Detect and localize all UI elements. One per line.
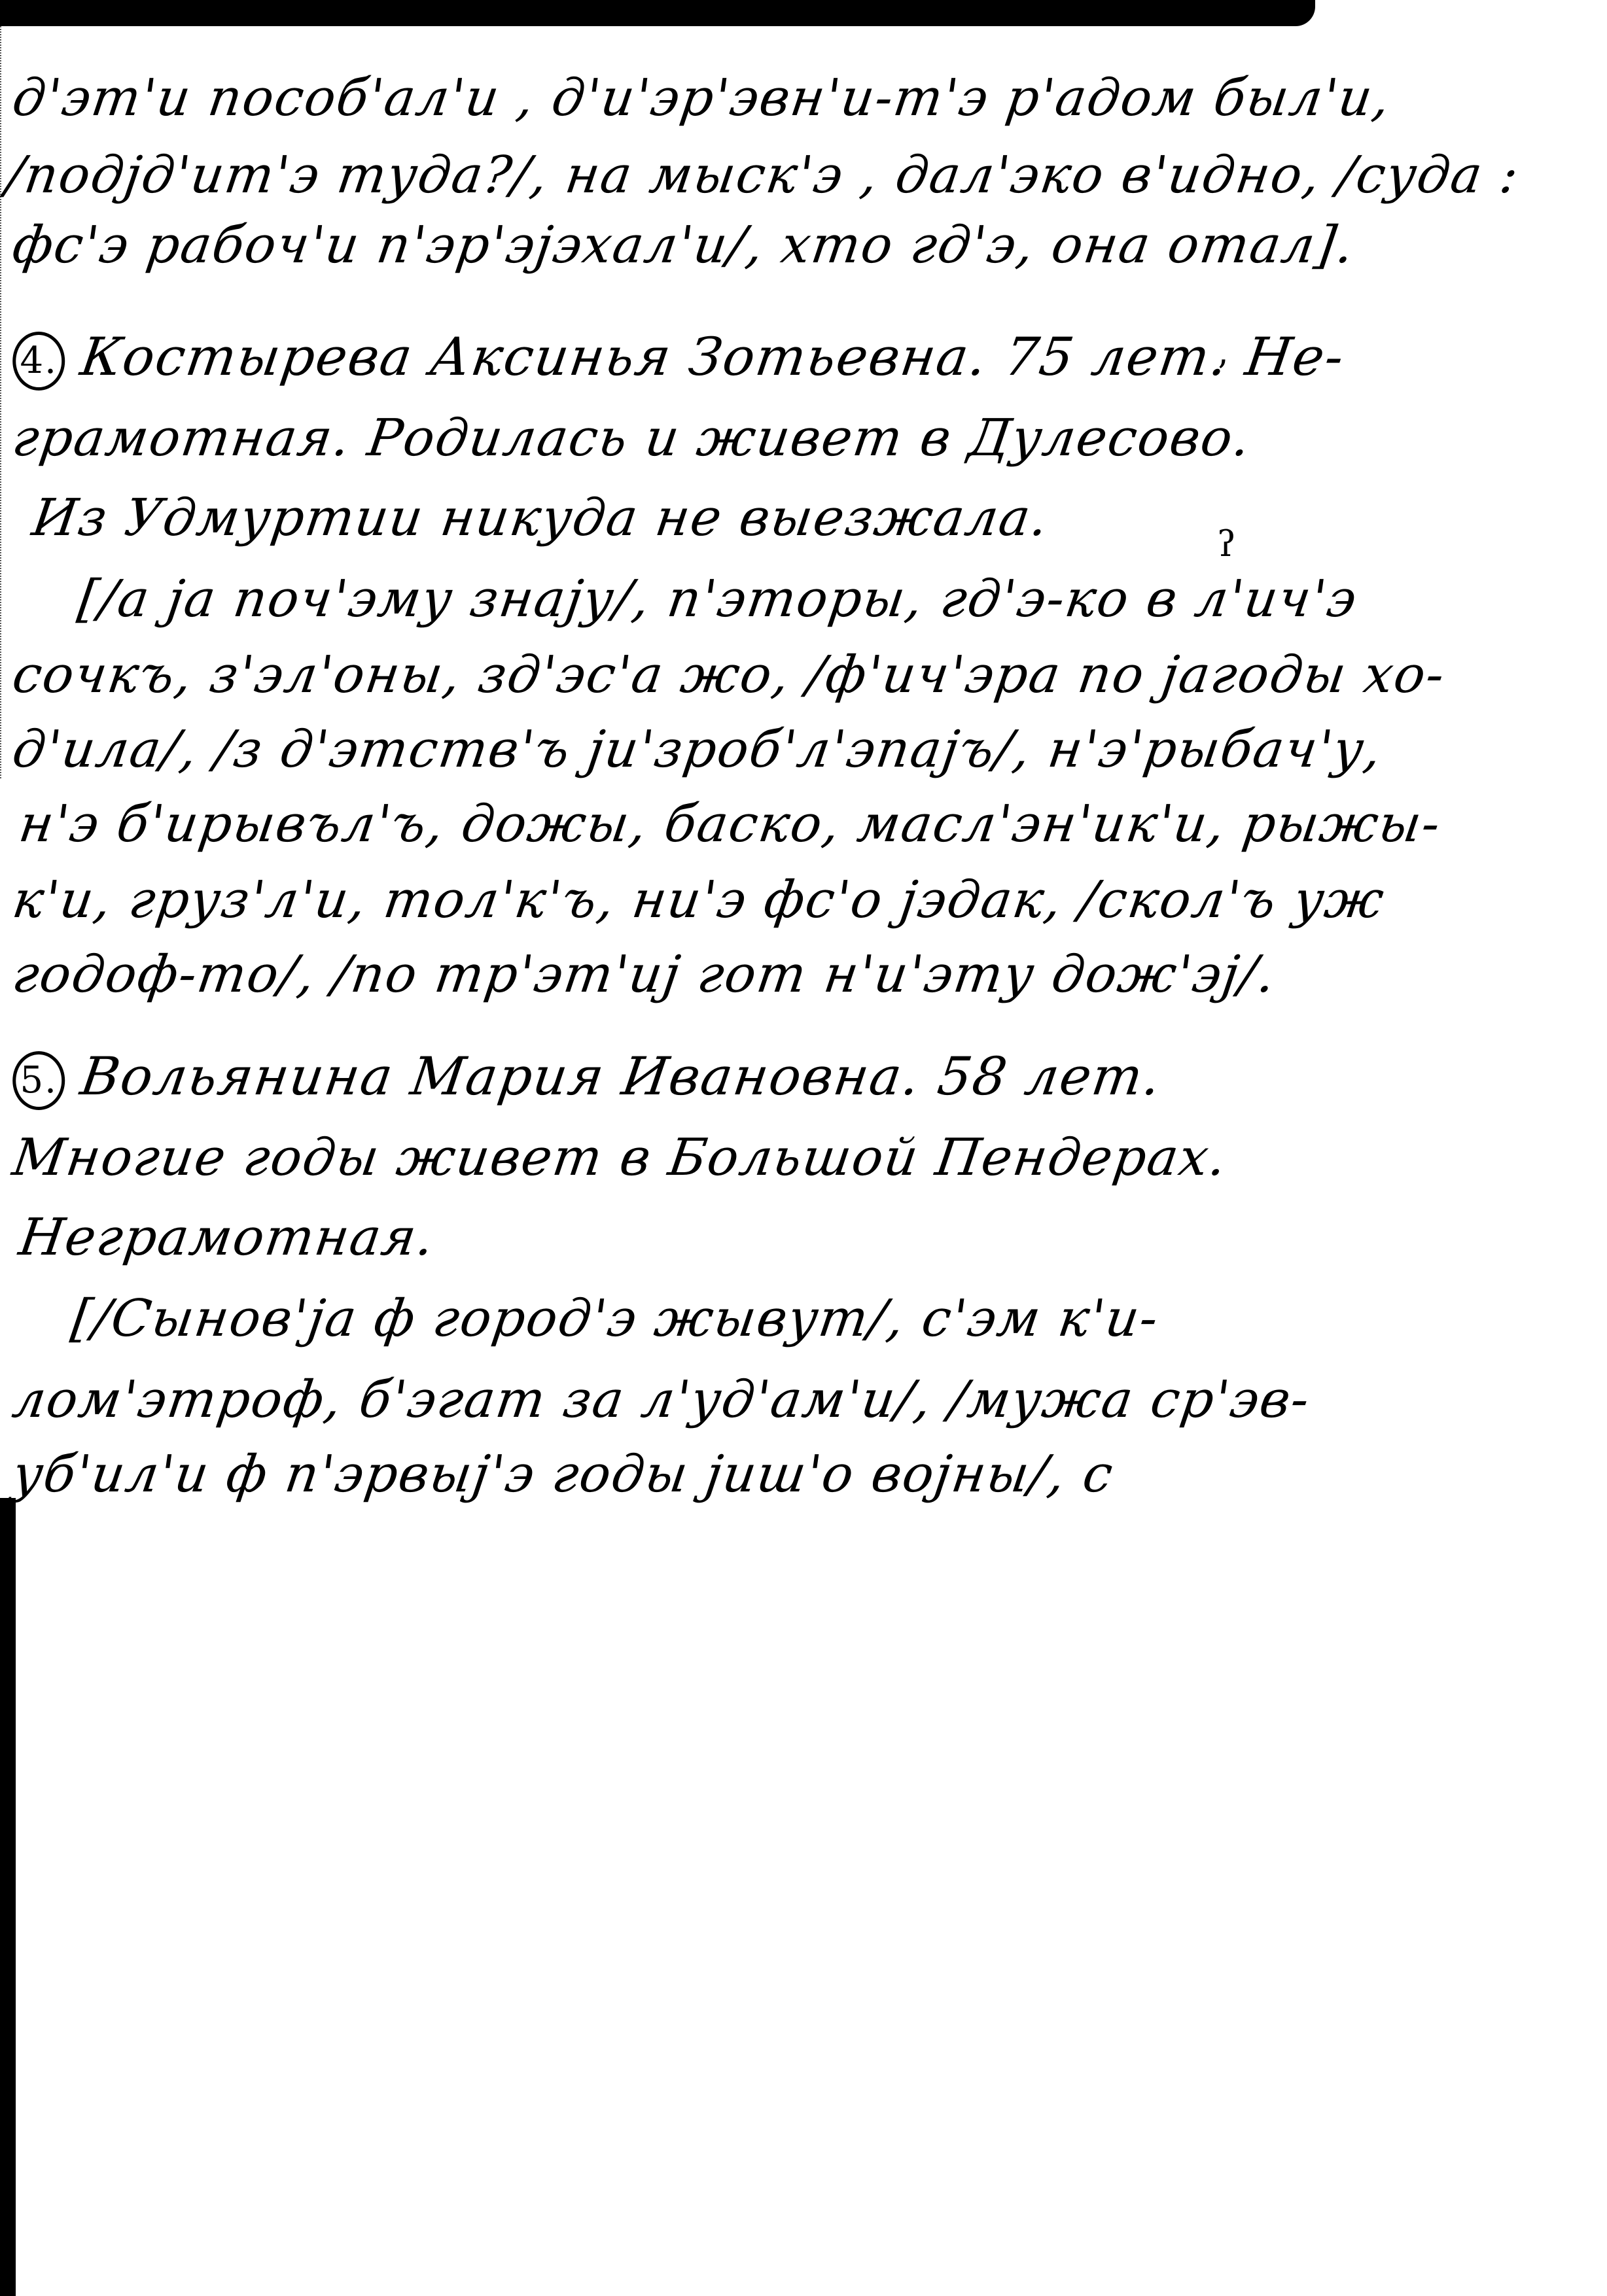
entry-number-badge: 5.: [12, 1051, 65, 1110]
entry-number-badge: 4.: [12, 332, 65, 391]
speech-line: уб'ил'и ф п'эрвыj'э годы jиш'о воjны/, с: [9, 1442, 1118, 1507]
text-line: Многие годы живет в Большой Пендерах.: [9, 1125, 1231, 1191]
margin-mark: ʔ: [1217, 523, 1236, 565]
speech-line: н'э б'ирывъл'ъ, дожы, баско, масл'эн'ик'…: [15, 791, 1445, 857]
manuscript-page: д'эт'и пособ'ал'и , д'и'эр'эвн'и-т'э р'а…: [0, 0, 1607, 2296]
margin-mark: ʼ: [1216, 353, 1227, 394]
text-line: фс'э рабоч'и п'эр'эjэхал'и/, хто гд'э, о…: [9, 213, 1359, 278]
text-line: д'эт'и пособ'ал'и , д'и'эр'эвн'и-т'э р'а…: [9, 65, 1395, 131]
entry-4-speaker-line: Костырева Аксинья Зотьевна. 75 лет. Не-: [77, 326, 1349, 387]
speech-line: д'ила/, /з д'этств'ъ jи'зроб'л'эпаjъ/, н…: [9, 717, 1386, 782]
speech-line: сочкъ, з'эл'оны, зд'эс'а жо, /ф'ич'эра п…: [9, 642, 1449, 708]
entry-5-header: 5.Вольянина Мария Ивановна. 58 лет.: [9, 1044, 1166, 1110]
speech-line: к'и, груз'л'и, тол'к'ъ, ни'э фс'о jэдак,…: [9, 867, 1389, 933]
speech-line: годоф-то/, /по тр'эт'иj гот н'и'эту дож'…: [9, 942, 1280, 1007]
entry-5-speaker-line: Вольянина Мария Ивановна. 58 лет.: [77, 1046, 1166, 1107]
speech-line: [/Сынов'jа ф город'э жывут/, с'эм к'и-: [67, 1286, 1163, 1351]
text-line: /подjд'ит'э туда?/, на мыск'э , дал'эко …: [2, 143, 1523, 208]
speech-line: [/а jа поч'эму знаjу/, п'эторы, гд'э-ко …: [74, 566, 1362, 632]
text-line: Из Удмуртии никуда не выезжала.: [28, 485, 1053, 551]
speech-line: лом'этроф, б'эгат за л'уд'ам'и/, /мужа с…: [9, 1367, 1315, 1433]
text-line: грамотная. Родилась и живет в Дулесово.: [9, 406, 1256, 471]
text-line: Неграмотная.: [15, 1205, 439, 1270]
entry-4-header: 4.Костырева Аксинья Зотьевна. 75 лет. Не…: [9, 324, 1349, 391]
